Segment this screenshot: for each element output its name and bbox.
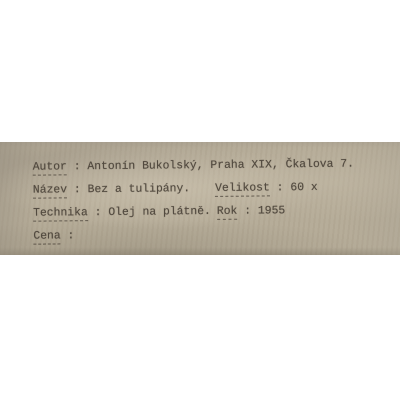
year-field-label: Rok (217, 206, 238, 220)
size-separator: : (270, 182, 291, 194)
size-value: 60 x (290, 182, 317, 194)
price-field-label: Cena (33, 230, 60, 244)
typewritten-label-paper: Autor : Antonín Bukolský, Praha XIX, Čka… (0, 142, 400, 255)
author-line: Autor : Antonín Bukolský, Praha XIX, Čka… (33, 158, 354, 175)
technique-separator: : (88, 207, 109, 219)
technique-year-line: Technika : Olej na plátně.Rok : 1955 (33, 204, 285, 220)
title-separator: : (67, 184, 88, 196)
title-size-line: Název : Bez a tulipány.Velikost : 60 x (33, 181, 318, 198)
typed-text-block: Autor : Antonín Bukolský, Praha XIX, Čka… (0, 142, 400, 255)
year-separator: : (237, 206, 258, 218)
price-separator: : (61, 230, 75, 242)
label-photograph: Autor : Antonín Bukolský, Praha XIX, Čka… (0, 0, 400, 400)
author-value: Antonín Bukolský, Praha XIX, Čkalova 7. (87, 159, 354, 174)
author-separator: : (67, 161, 88, 173)
price-line: Cena : (33, 229, 74, 243)
technique-field-label: Technika (33, 207, 88, 222)
size-field-label: Velikost (215, 182, 270, 197)
title-value: Bez a tulipány. (88, 183, 191, 196)
technique-value: Olej na plátně. (108, 206, 211, 219)
year-value: 1955 (258, 205, 285, 217)
title-field-label: Název (33, 184, 67, 198)
author-field-label: Autor (33, 161, 67, 175)
